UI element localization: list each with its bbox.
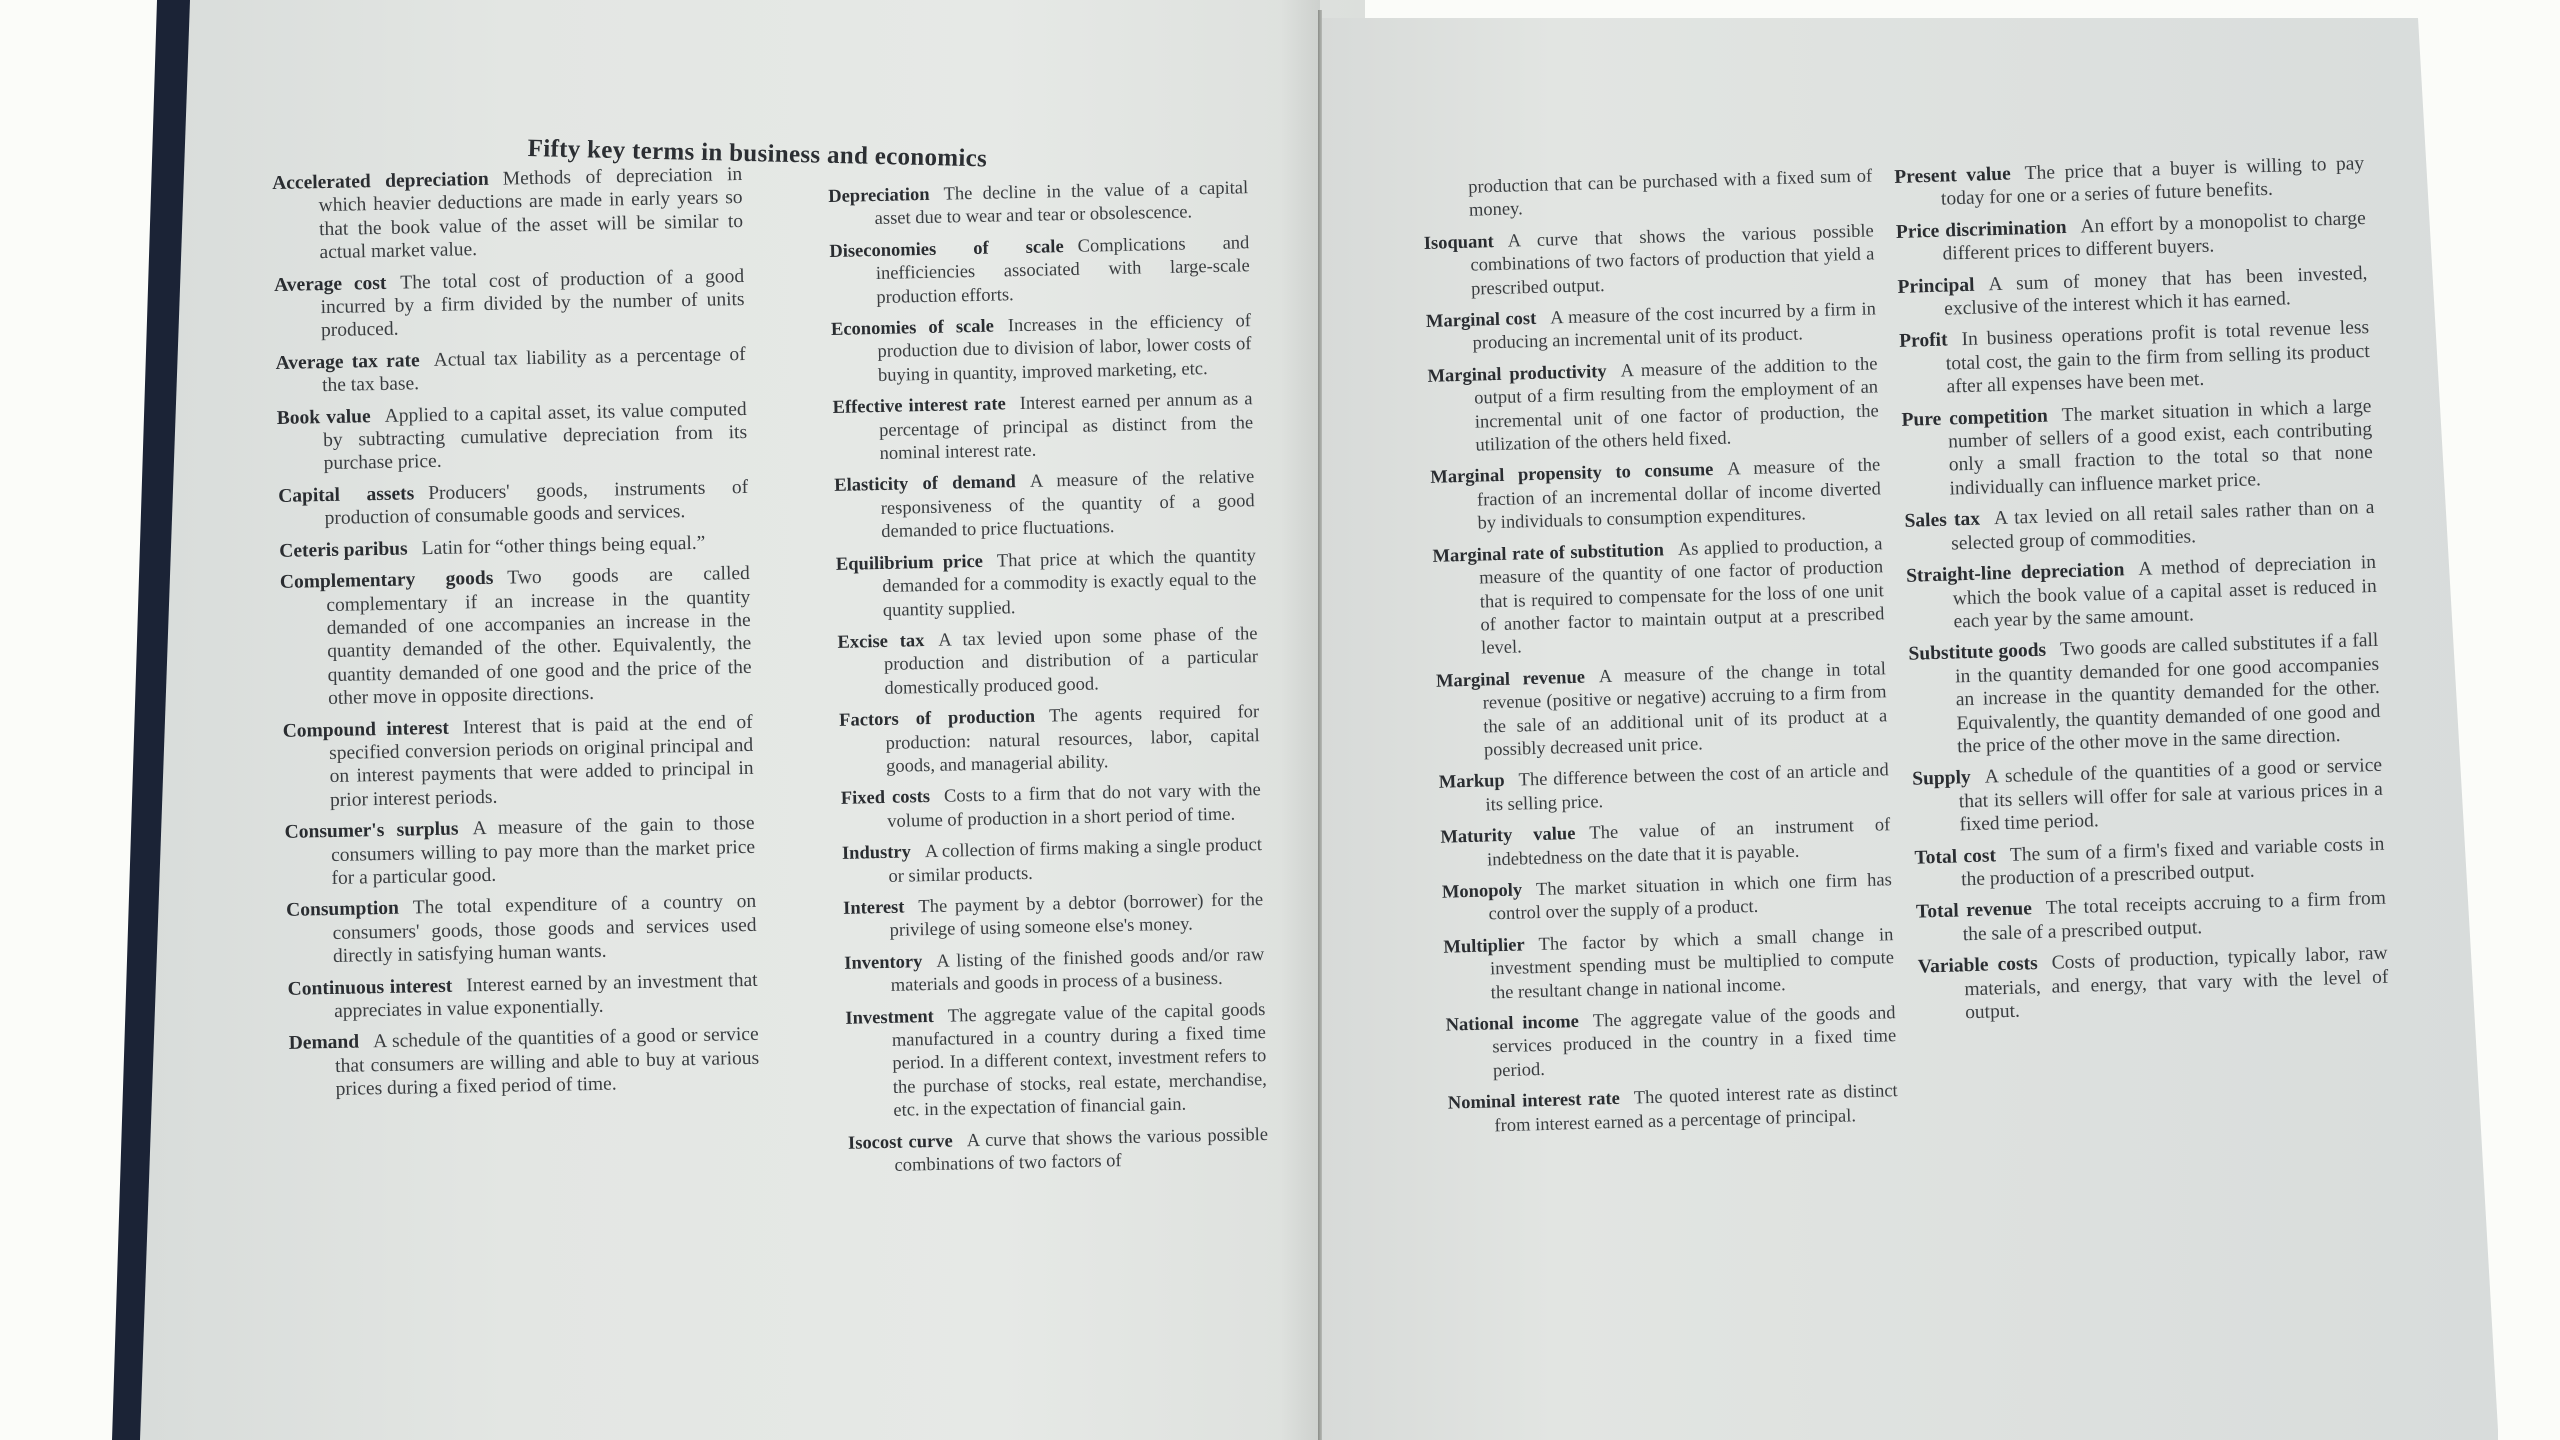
definition: A schedule of the quantities of a good o… — [335, 1024, 759, 1100]
term: Demand — [289, 1032, 360, 1054]
term: Consumption — [286, 898, 399, 921]
term: Accelerated depreciation — [272, 169, 489, 194]
glossary-entry: Consumer's surplusA measure of the gain … — [284, 812, 755, 891]
glossary-entry: Marginal productivityA measure of the ad… — [1427, 353, 1879, 459]
glossary-entry: Marginal rate of substitutionAs applied … — [1432, 533, 1885, 663]
definition: A tax levied on all retail sales rather … — [1951, 497, 2375, 554]
glossary-entry: Fixed costsCosts to a firm that do not v… — [841, 779, 1262, 835]
glossary-entry: Pure competitionThe market situation in … — [1901, 395, 2374, 503]
term: Marginal rate of substitution — [1432, 540, 1664, 566]
glossary-entry: Maturity valueThe value of an instrument… — [1440, 814, 1891, 873]
glossary-entry: InterestThe payment by a debtor (borrowe… — [843, 889, 1264, 945]
glossary-entry: Straight-line depreciationA method of de… — [1906, 551, 2378, 635]
term: Inventory — [844, 952, 923, 974]
glossary-entry: Factors of productionThe agents required… — [839, 701, 1260, 780]
term: Sales tax — [1904, 509, 1980, 532]
glossary-entry: SupplyA schedule of the quantities of a … — [1912, 754, 2384, 838]
glossary-entry: Ceteris paribusLatin for “other things b… — [279, 531, 749, 563]
term: Book value — [277, 406, 371, 429]
term: Diseconomies of scale — [829, 237, 1064, 262]
definition: A listing of the finished goods and/or r… — [891, 945, 1265, 996]
definition: A schedule of the quantities of a good o… — [1959, 755, 2383, 835]
term: Marginal cost — [1426, 309, 1537, 332]
glossary-entry: IsoquantA curve that shows the various p… — [1424, 220, 1876, 303]
glossary-entry: Elasticity of demandA measure of the rel… — [834, 467, 1255, 546]
definition: Costs to a firm that do not vary with th… — [887, 780, 1261, 831]
glossary-entry: InvestmentThe aggregate value of the cap… — [845, 999, 1267, 1125]
glossary-entry: IndustryA collection of firms making a s… — [842, 834, 1263, 890]
term: Total revenue — [1916, 899, 2032, 923]
glossary-entry: MultiplierThe factor by which a small ch… — [1443, 924, 1895, 1007]
term: Factors of production — [839, 707, 1035, 731]
term: Multiplier — [1443, 935, 1525, 957]
term: Variable costs — [1917, 953, 2038, 978]
glossary-entry: Equilibrium priceThat price at which the… — [836, 545, 1257, 624]
glossary-entry: ConsumptionThe total expenditure of a co… — [286, 890, 757, 969]
glossary-entry: Marginal costA measure of the cost incur… — [1426, 298, 1877, 357]
glossary-entry: DemandA schedule of the quantities of a … — [289, 1023, 760, 1102]
glossary-column-3: production that can be purchased with a … — [1422, 165, 1899, 1147]
glossary-entry: Capital assetsProducers' goods, instrume… — [278, 476, 749, 532]
glossary-entry: Total costThe sum of a firm's fixed and … — [1914, 832, 2385, 893]
definition: The market situation in which one firm h… — [1488, 870, 1892, 925]
glossary-entry: Diseconomies of scaleComplications and i… — [829, 232, 1250, 311]
term: Complementary goods — [280, 568, 494, 593]
term: Fixed costs — [841, 787, 931, 809]
glossary-entry: Economies of scaleIncreases in the effic… — [831, 310, 1252, 389]
definition: The payment by a debtor (borrower) for t… — [889, 890, 1263, 941]
term: Marginal revenue — [1436, 667, 1585, 691]
term: Ceteris paribus — [279, 538, 408, 561]
term: Nominal interest rate — [1448, 1089, 1621, 1114]
glossary-entry: Nominal interest rateThe quoted interest… — [1448, 1080, 1899, 1139]
glossary-entry: MonopolyThe market situation in which on… — [1442, 869, 1893, 928]
glossary-entry: Average tax rateActual tax liability as … — [275, 343, 746, 399]
book-gutter — [1318, 10, 1322, 1440]
term: Monopoly — [1442, 880, 1523, 902]
term: Capital assets — [278, 483, 414, 507]
definition: A tax levied upon some phase of the prod… — [884, 624, 1258, 699]
term: National income — [1445, 1012, 1579, 1036]
glossary-entry: Marginal propensity to consumeA measure … — [1430, 455, 1882, 538]
glossary-entry: Price discriminationAn effort by a monop… — [1896, 207, 2367, 268]
term: Industry — [842, 843, 911, 864]
term: Investment — [845, 1007, 934, 1029]
glossary-entry: Marginal revenueA measure of the change … — [1436, 658, 1888, 764]
glossary-entry: Variable costsCosts of production, typic… — [1917, 942, 2389, 1026]
glossary-entry: Isocost curveA curve that shows the vari… — [848, 1124, 1269, 1180]
term: Profit — [1899, 330, 1948, 352]
definition: The factor by which a small change in in… — [1490, 925, 1894, 1003]
glossary-column-1: Accelerated depreciationMethods of depre… — [272, 163, 760, 1110]
term: Principal — [1897, 274, 1975, 297]
glossary-entry: ProfitIn business operations profit is t… — [1899, 316, 2371, 400]
term: Consumer's surplus — [284, 819, 458, 843]
term: Supply — [1912, 767, 1971, 790]
glossary-entry: DepreciationThe decline in the value of … — [828, 177, 1249, 233]
term: Average cost — [274, 272, 387, 295]
term: Compound interest — [283, 717, 449, 741]
glossary-entry: Book valueApplied to a capital asset, it… — [277, 398, 748, 477]
definition: The decline in the value of a capital as… — [875, 178, 1249, 229]
glossary-entry: Sales taxA tax levied on all retail sale… — [1904, 496, 2375, 557]
glossary-entry: Compound interestInterest that is paid a… — [283, 710, 755, 813]
term: Pure competition — [1901, 405, 2048, 430]
glossary-entry: Substitute goodsTwo goods are called sub… — [1908, 629, 2381, 760]
glossary-entry: Complementary goodsTwo goods are called … — [280, 562, 753, 711]
term: Isocost curve — [848, 1131, 953, 1153]
glossary-entry: Accelerated depreciationMethods of depre… — [272, 163, 744, 266]
glossary-entry: InventoryA listing of the finished goods… — [844, 944, 1265, 1000]
definition: A curve that shows the various possible … — [1470, 221, 1874, 299]
term: Interest — [843, 898, 905, 919]
term: Equilibrium price — [836, 552, 983, 575]
glossary-entry: Average costThe total cost of production… — [274, 265, 745, 344]
term: Markup — [1439, 771, 1505, 793]
glossary-column-4: Present valueThe price that a buyer is w… — [1894, 152, 2390, 1034]
term: Elasticity of demand — [834, 473, 1016, 497]
term: Present value — [1894, 164, 2011, 188]
term: Excise tax — [837, 631, 924, 653]
glossary-entry: Continuous interestInterest earned by an… — [287, 968, 758, 1024]
definition: The difference between the cost of an ar… — [1485, 761, 1889, 816]
term: Marginal productivity — [1427, 362, 1607, 387]
term: Substitute goods — [1908, 640, 2046, 665]
term: Maturity value — [1440, 824, 1576, 848]
glossary-entry: Total revenueThe total receipts accruing… — [1916, 887, 2387, 948]
definition: Latin for “other things being equal.” — [421, 532, 705, 558]
glossary-entry: Excise taxA tax levied upon some phase o… — [837, 623, 1258, 702]
term: Price discrimination — [1896, 217, 2067, 243]
definition: A sum of money that has been invested, e… — [1944, 263, 2368, 320]
glossary-column-2: DepreciationThe decline in the value of … — [828, 177, 1269, 1187]
term: Average tax rate — [275, 350, 419, 374]
term: Effective interest rate — [832, 395, 1006, 419]
glossary-entry: National incomeThe aggregate value of th… — [1445, 1002, 1897, 1085]
term: Straight-line depreciation — [1906, 559, 2125, 586]
term: Depreciation — [828, 185, 930, 207]
glossary-entry: Effective interest rateInterest earned p… — [832, 388, 1253, 467]
glossary-entry: PrincipalA sum of money that has been in… — [1897, 262, 2368, 323]
definition: In business operations profit is total r… — [1946, 317, 2370, 397]
term: Economies of scale — [831, 317, 994, 340]
definition: A collection of firms making a single pr… — [888, 835, 1262, 886]
definition: The sum of a firm's fixed and variable c… — [1961, 833, 2385, 890]
definition: The aggregate value of the capital goods… — [892, 1000, 1267, 1121]
term: Total cost — [1914, 845, 1996, 868]
glossary-entry: MarkupThe difference between the cost of… — [1439, 760, 1890, 819]
term: Continuous interest — [287, 975, 452, 999]
term: Isoquant — [1424, 232, 1494, 254]
definition: Applied to a capital asset, its value co… — [323, 399, 747, 475]
gutter-shadow — [1280, 0, 1320, 1440]
